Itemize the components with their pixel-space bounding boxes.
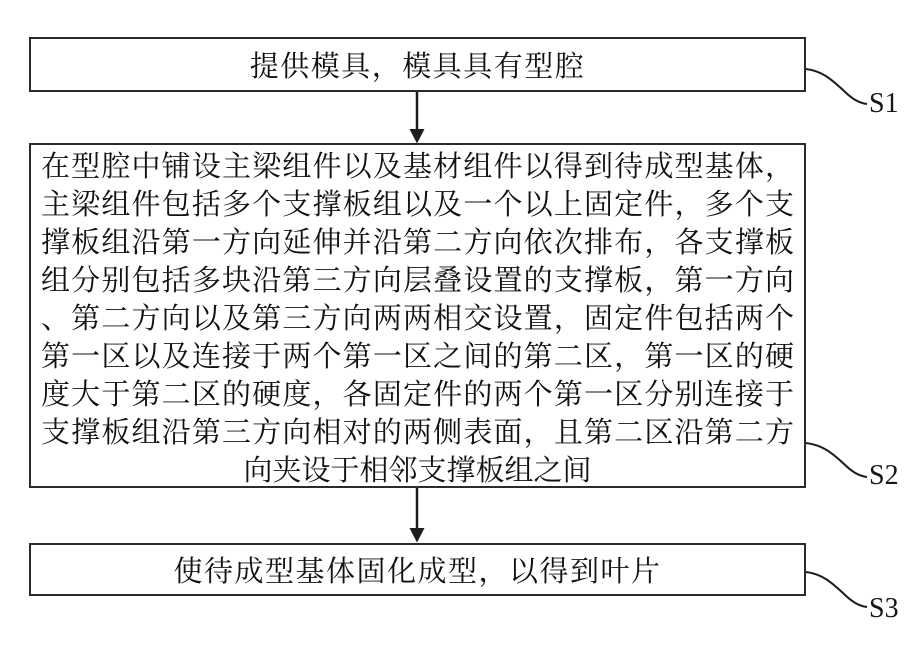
step-box-s2: 在型腔中铺设主梁组件以及基材组件以得到待成型基体， 主梁组件包括多个支撑板组以及… (29, 143, 806, 488)
step-s2-text-line: 组分别包括多块沿第三方向层叠设置的支撑板，第一方向 (41, 261, 794, 299)
arrow-s1-to-s2 (410, 92, 425, 144)
step-s2-text-line: 第一区以及连接于两个第一区之间的第二区，第一区的硬 (41, 337, 794, 375)
step-s2-text-line: 支撑板组沿第三方向相对的两侧表面，且第二区沿第二方 (41, 413, 794, 451)
step-box-s3: 使待成型基体固化成型，以得到叶片 (29, 543, 806, 596)
lead-line-s1 (806, 69, 867, 104)
step-label-s3: S3 (869, 593, 899, 625)
step-box-s1: 提供模具，模具具有型腔 (29, 37, 806, 92)
step-s1-text: 提供模具，模具具有型腔 (250, 44, 586, 85)
step-s2-text-line: 度大于第二区的硬度，各固定件的两个第一区分别连接于 (41, 375, 794, 413)
arrow-s2-to-s3 (410, 488, 425, 543)
step-s3-text: 使待成型基体固化成型，以得到叶片 (173, 549, 661, 590)
patent-flowchart: 提供模具，模具具有型腔 在型腔中铺设主梁组件以及基材组件以得到待成型基体， 主梁… (0, 0, 922, 655)
lead-line-s2 (806, 443, 867, 477)
step-s2-text-line: 向夹设于相邻支撑板组之间 (41, 451, 794, 489)
step-s2-text-line: 、第二方向以及第三方向两两相交设置，固定件包括两个 (41, 299, 794, 337)
step-s2-text-line: 在型腔中铺设主梁组件以及基材组件以得到待成型基体， (41, 147, 794, 185)
lead-line-s3 (806, 572, 867, 607)
step-s2-text-line: 主梁组件包括多个支撑板组以及一个以上固定件，多个支 (41, 185, 794, 223)
step-s2-text-line: 撑板组沿第一方向延伸并沿第二方向依次排布，各支撑板 (41, 223, 794, 261)
step-label-s1: S1 (869, 88, 899, 120)
step-label-s2: S2 (869, 460, 899, 492)
